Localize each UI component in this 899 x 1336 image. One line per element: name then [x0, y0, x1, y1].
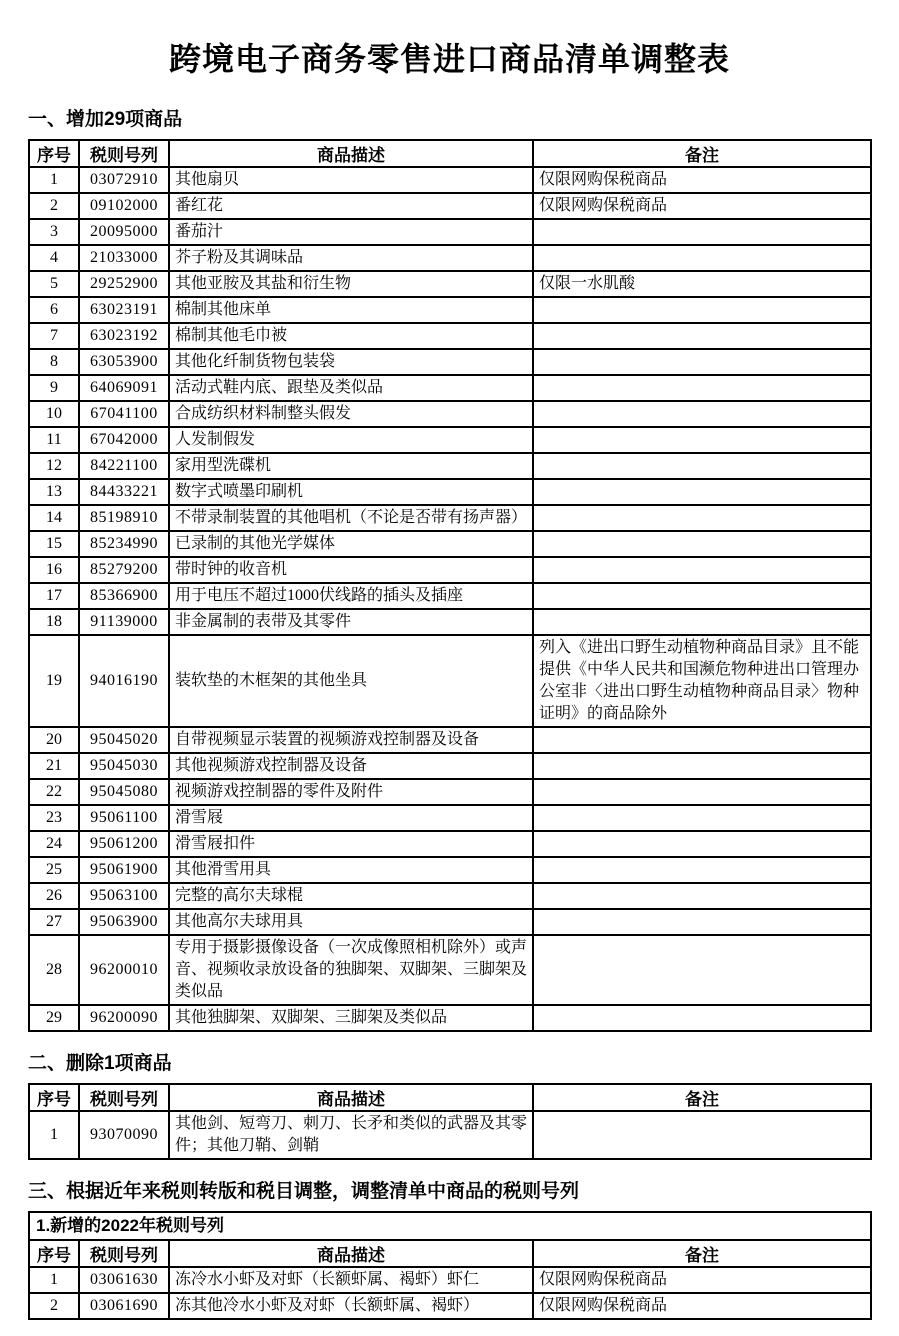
cell-remark — [533, 805, 871, 831]
table-row: 103061630冻冷水小虾及对虾（长额虾属、褐虾）虾仁仅限网购保税商品 — [29, 1267, 871, 1293]
cell-hs-code: 85198910 — [79, 505, 169, 531]
cell-remark: 仅限网购保税商品 — [533, 167, 871, 193]
cell-hs-code: 95061100 — [79, 805, 169, 831]
column-header: 税则号列 — [79, 1240, 169, 1267]
cell-description: 非金属制的表带及其零件 — [169, 609, 533, 635]
cell-description: 其他扇贝 — [169, 167, 533, 193]
cell-description: 自带视频显示装置的视频游戏控制器及设备 — [169, 727, 533, 753]
cell-hs-code: 63053900 — [79, 349, 169, 375]
cell-remark — [533, 531, 871, 557]
table-row: 2395061100滑雪屐 — [29, 805, 871, 831]
section-heading: 二、删除1项商品 — [28, 1048, 871, 1075]
table-row: 2495061200滑雪屐扣件 — [29, 831, 871, 857]
table-row: 1067041100合成纺织材料制整头假发 — [29, 401, 871, 427]
header-row: 序号税则号列商品描述备注 — [29, 140, 871, 167]
cell-seq: 22 — [29, 779, 79, 805]
cell-remark: 列入《进出口野生动植物种商品目录》且不能提供《中华人民共和国濒危物种进出口管理办… — [533, 635, 871, 727]
cell-hs-code: 95045030 — [79, 753, 169, 779]
cell-description: 冻其他冷水小虾及对虾（长额虾属、褐虾） — [169, 1293, 533, 1319]
cell-description: 棉制其他毛巾被 — [169, 323, 533, 349]
section-1: 一、增加29项商品序号税则号列商品描述备注103072910其他扇贝仅限网购保税… — [28, 104, 871, 1032]
cell-remark — [533, 245, 871, 271]
cell-remark: 仅限网购保税商品 — [533, 1267, 871, 1293]
cell-description: 不带录制装置的其他唱机（不论是否带有扬声器） — [169, 505, 533, 531]
cell-remark — [533, 727, 871, 753]
cell-hs-code: 21033000 — [79, 245, 169, 271]
cell-description: 其他高尔夫球用具 — [169, 909, 533, 935]
table-row: 964069091活动式鞋内底、跟垫及类似品 — [29, 375, 871, 401]
table-row: 2896200010专用于摄影摄像设备（一次成像照相机除外）或声音、视频收录放设… — [29, 935, 871, 1005]
cell-remark — [533, 857, 871, 883]
cell-remark — [533, 831, 871, 857]
cell-seq: 21 — [29, 753, 79, 779]
cell-hs-code: 96200090 — [79, 1005, 169, 1031]
sections-container: 一、增加29项商品序号税则号列商品描述备注103072910其他扇贝仅限网购保税… — [28, 104, 871, 1320]
table-row: 529252900其他亚胺及其盐和衍生物仅限一水肌酸 — [29, 271, 871, 297]
table-row: 863053900其他化纤制货物包装袋 — [29, 349, 871, 375]
cell-seq: 8 — [29, 349, 79, 375]
cell-hs-code: 94016190 — [79, 635, 169, 727]
cell-description: 其他化纤制货物包装袋 — [169, 349, 533, 375]
table-row: 193070090其他剑、短弯刀、刺刀、长矛和类似的武器及其零件；其他刀鞘、剑鞘 — [29, 1111, 871, 1159]
cell-description: 番茄汁 — [169, 219, 533, 245]
cell-hs-code: 95063900 — [79, 909, 169, 935]
cell-description: 数字式喷墨印刷机 — [169, 479, 533, 505]
cell-remark — [533, 297, 871, 323]
cell-remark — [533, 427, 871, 453]
table-row: 763023192棉制其他毛巾被 — [29, 323, 871, 349]
cell-seq: 14 — [29, 505, 79, 531]
cell-description: 家用型洗碟机 — [169, 453, 533, 479]
cell-seq: 27 — [29, 909, 79, 935]
cell-description: 其他剑、短弯刀、刺刀、长矛和类似的武器及其零件；其他刀鞘、剑鞘 — [169, 1111, 533, 1159]
cell-hs-code: 03072910 — [79, 167, 169, 193]
table-row: 103072910其他扇贝仅限网购保税商品 — [29, 167, 871, 193]
column-header: 备注 — [533, 1240, 871, 1267]
cell-description: 活动式鞋内底、跟垫及类似品 — [169, 375, 533, 401]
table-row: 421033000芥子粉及其调味品 — [29, 245, 871, 271]
cell-remark: 仅限一水肌酸 — [533, 271, 871, 297]
page-title: 跨境电子商务零售进口商品清单调整表 — [28, 34, 871, 80]
table-row: 203061690冻其他冷水小虾及对虾（长额虾属、褐虾）仅限网购保税商品 — [29, 1293, 871, 1319]
cell-hs-code: 95061900 — [79, 857, 169, 883]
cell-remark — [533, 753, 871, 779]
cell-hs-code: 03061630 — [79, 1267, 169, 1293]
cell-remark — [533, 1111, 871, 1159]
cell-seq: 5 — [29, 271, 79, 297]
cell-description: 滑雪屐扣件 — [169, 831, 533, 857]
cell-remark — [533, 453, 871, 479]
cell-remark — [533, 883, 871, 909]
cell-hs-code: 95045080 — [79, 779, 169, 805]
cell-seq: 26 — [29, 883, 79, 909]
table-row: 2695063100完整的高尔夫球棍 — [29, 883, 871, 909]
cell-remark — [533, 479, 871, 505]
cell-description: 装软垫的木框架的其他坐具 — [169, 635, 533, 727]
cell-remark — [533, 323, 871, 349]
cell-description: 滑雪屐 — [169, 805, 533, 831]
cell-remark: 仅限网购保税商品 — [533, 193, 871, 219]
cell-seq: 4 — [29, 245, 79, 271]
cell-hs-code: 95045020 — [79, 727, 169, 753]
cell-seq: 11 — [29, 427, 79, 453]
cell-description: 人发制假发 — [169, 427, 533, 453]
cell-seq: 12 — [29, 453, 79, 479]
items-table: 序号税则号列商品描述备注193070090其他剑、短弯刀、刺刀、长矛和类似的武器… — [28, 1083, 872, 1160]
cell-seq: 19 — [29, 635, 79, 727]
cell-description: 用于电压不超过1000伏线路的插头及插座 — [169, 583, 533, 609]
cell-description: 番红花 — [169, 193, 533, 219]
cell-hs-code: 03061690 — [79, 1293, 169, 1319]
cell-description: 专用于摄影摄像设备（一次成像照相机除外）或声音、视频收录放设备的独脚架、双脚架、… — [169, 935, 533, 1005]
cell-seq: 7 — [29, 323, 79, 349]
cell-description: 合成纺织材料制整头假发 — [169, 401, 533, 427]
cell-seq: 25 — [29, 857, 79, 883]
cell-remark — [533, 505, 871, 531]
cell-hs-code: 85234990 — [79, 531, 169, 557]
section-2: 二、删除1项商品序号税则号列商品描述备注193070090其他剑、短弯刀、刺刀、… — [28, 1048, 871, 1160]
table-row: 1785366900用于电压不超过1000伏线路的插头及插座 — [29, 583, 871, 609]
table-row: 1994016190装软垫的木框架的其他坐具列入《进出口野生动植物种商品目录》且… — [29, 635, 871, 727]
cell-remark: 仅限网购保税商品 — [533, 1293, 871, 1319]
table-row: 1384433221数字式喷墨印刷机 — [29, 479, 871, 505]
table-row: 2195045030其他视频游戏控制器及设备 — [29, 753, 871, 779]
cell-seq: 20 — [29, 727, 79, 753]
cell-remark — [533, 909, 871, 935]
cell-remark — [533, 1005, 871, 1031]
column-header: 序号 — [29, 140, 79, 167]
cell-hs-code: 09102000 — [79, 193, 169, 219]
cell-hs-code: 84221100 — [79, 453, 169, 479]
cell-description: 完整的高尔夫球棍 — [169, 883, 533, 909]
column-header: 备注 — [533, 140, 871, 167]
table-subtitle-row: 1.新增的2022年税则号列 — [29, 1212, 871, 1240]
cell-hs-code: 85366900 — [79, 583, 169, 609]
column-header: 税则号列 — [79, 140, 169, 167]
cell-seq: 16 — [29, 557, 79, 583]
cell-seq: 9 — [29, 375, 79, 401]
cell-seq: 1 — [29, 1267, 79, 1293]
column-header: 商品描述 — [169, 1240, 533, 1267]
header-row: 序号税则号列商品描述备注 — [29, 1084, 871, 1111]
cell-seq: 1 — [29, 167, 79, 193]
cell-hs-code: 64069091 — [79, 375, 169, 401]
table-row: 663023191棉制其他床单 — [29, 297, 871, 323]
cell-remark — [533, 583, 871, 609]
column-header: 序号 — [29, 1240, 79, 1267]
cell-seq: 3 — [29, 219, 79, 245]
cell-description: 其他滑雪用具 — [169, 857, 533, 883]
cell-hs-code: 67042000 — [79, 427, 169, 453]
column-header: 商品描述 — [169, 1084, 533, 1111]
cell-seq: 17 — [29, 583, 79, 609]
cell-seq: 28 — [29, 935, 79, 1005]
cell-description: 芥子粉及其调味品 — [169, 245, 533, 271]
cell-description: 带时钟的收音机 — [169, 557, 533, 583]
cell-seq: 1 — [29, 1111, 79, 1159]
cell-seq: 24 — [29, 831, 79, 857]
cell-hs-code: 95061200 — [79, 831, 169, 857]
items-table: 序号税则号列商品描述备注103072910其他扇贝仅限网购保税商品2091020… — [28, 139, 872, 1032]
cell-remark — [533, 935, 871, 1005]
cell-seq: 6 — [29, 297, 79, 323]
cell-hs-code: 67041100 — [79, 401, 169, 427]
table-row: 1585234990已录制的其他光学媒体 — [29, 531, 871, 557]
cell-seq: 18 — [29, 609, 79, 635]
cell-remark — [533, 401, 871, 427]
table-row: 1284221100家用型洗碟机 — [29, 453, 871, 479]
column-header: 税则号列 — [79, 1084, 169, 1111]
cell-hs-code: 96200010 — [79, 935, 169, 1005]
table-row: 2295045080视频游戏控制器的零件及附件 — [29, 779, 871, 805]
cell-description: 已录制的其他光学媒体 — [169, 531, 533, 557]
section-heading: 一、增加29项商品 — [28, 104, 871, 131]
cell-seq: 29 — [29, 1005, 79, 1031]
table-row: 209102000番红花仅限网购保税商品 — [29, 193, 871, 219]
cell-seq: 2 — [29, 193, 79, 219]
cell-remark — [533, 349, 871, 375]
table-row: 320095000番茄汁 — [29, 219, 871, 245]
cell-seq: 23 — [29, 805, 79, 831]
table-row: 1891139000非金属制的表带及其零件 — [29, 609, 871, 635]
cell-seq: 2 — [29, 1293, 79, 1319]
table-row: 2795063900其他高尔夫球用具 — [29, 909, 871, 935]
cell-description: 其他亚胺及其盐和衍生物 — [169, 271, 533, 297]
cell-hs-code: 20095000 — [79, 219, 169, 245]
table-row: 2996200090其他独脚架、双脚架、三脚架及类似品 — [29, 1005, 871, 1031]
cell-remark — [533, 219, 871, 245]
header-row: 序号税则号列商品描述备注 — [29, 1240, 871, 1267]
cell-hs-code: 29252900 — [79, 271, 169, 297]
cell-hs-code: 95063100 — [79, 883, 169, 909]
table-row: 1485198910不带录制装置的其他唱机（不论是否带有扬声器） — [29, 505, 871, 531]
table-row: 1167042000人发制假发 — [29, 427, 871, 453]
cell-remark — [533, 779, 871, 805]
column-header: 商品描述 — [169, 140, 533, 167]
column-header: 序号 — [29, 1084, 79, 1111]
cell-description: 其他视频游戏控制器及设备 — [169, 753, 533, 779]
cell-description: 视频游戏控制器的零件及附件 — [169, 779, 533, 805]
cell-seq: 13 — [29, 479, 79, 505]
cell-seq: 15 — [29, 531, 79, 557]
cell-remark — [533, 557, 871, 583]
items-table: 1.新增的2022年税则号列序号税则号列商品描述备注103061630冻冷水小虾… — [28, 1211, 872, 1320]
table-row: 2095045020自带视频显示装置的视频游戏控制器及设备 — [29, 727, 871, 753]
table-row: 2595061900其他滑雪用具 — [29, 857, 871, 883]
cell-remark — [533, 609, 871, 635]
cell-hs-code: 85279200 — [79, 557, 169, 583]
document-page: 跨境电子商务零售进口商品清单调整表 一、增加29项商品序号税则号列商品描述备注1… — [0, 0, 899, 1336]
cell-hs-code: 63023192 — [79, 323, 169, 349]
section-3: 三、根据近年来税则转版和税目调整，调整清单中商品的税则号列1.新增的2022年税… — [28, 1176, 871, 1320]
cell-hs-code: 63023191 — [79, 297, 169, 323]
table-subtitle: 1.新增的2022年税则号列 — [29, 1212, 871, 1240]
cell-remark — [533, 375, 871, 401]
cell-seq: 10 — [29, 401, 79, 427]
cell-hs-code: 91139000 — [79, 609, 169, 635]
section-heading: 三、根据近年来税则转版和税目调整，调整清单中商品的税则号列 — [28, 1176, 871, 1203]
cell-description: 棉制其他床单 — [169, 297, 533, 323]
cell-description: 其他独脚架、双脚架、三脚架及类似品 — [169, 1005, 533, 1031]
cell-description: 冻冷水小虾及对虾（长额虾属、褐虾）虾仁 — [169, 1267, 533, 1293]
cell-hs-code: 84433221 — [79, 479, 169, 505]
column-header: 备注 — [533, 1084, 871, 1111]
table-row: 1685279200带时钟的收音机 — [29, 557, 871, 583]
cell-hs-code: 93070090 — [79, 1111, 169, 1159]
